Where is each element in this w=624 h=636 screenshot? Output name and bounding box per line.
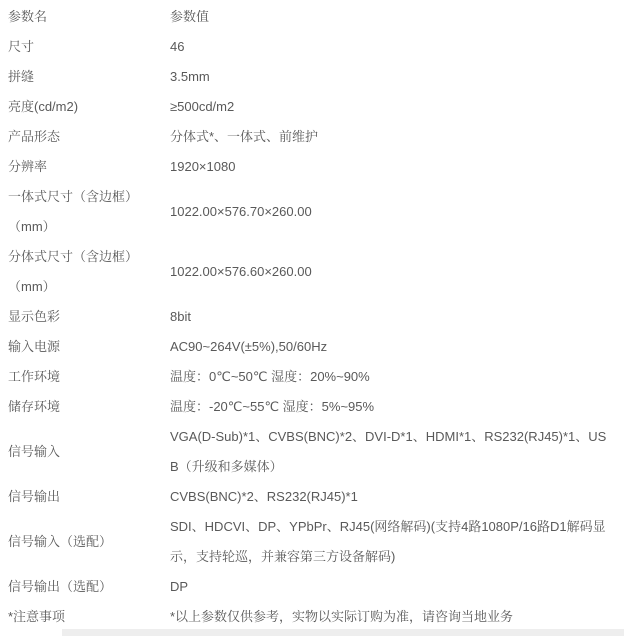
param-value: 8bit [170,302,624,332]
param-value: 46 [170,32,624,62]
param-name: 拼缝 [0,62,170,92]
table-body: 尺寸 46 拼缝 3.5mm 亮度(cd/m2) ≥500cd/m2 产品形态 … [0,32,624,632]
header-param-name: 参数名 [0,2,170,32]
param-value: 分体式*、一体式、前维护 [170,122,624,152]
table-row: *注意事项 *以上参数仅供参考，实物以实际订购为准，请咨询当地业务 [0,602,624,632]
partial-bottom-element [62,629,624,636]
param-value: AC90~264V(±5%),50/60Hz [170,332,624,362]
param-value: ≥500cd/m2 [170,92,624,122]
param-name: 一体式尺寸（含边框）（mm） [0,182,170,242]
param-value: DP [170,572,624,602]
table-row: 信号输出（选配） DP [0,572,624,602]
param-value: *以上参数仅供参考，实物以实际订购为准，请咨询当地业务 [170,602,624,632]
param-name: 信号输出 [0,482,170,512]
param-name: 信号输入（选配） [0,527,170,557]
param-name: 储存环境 [0,392,170,422]
table-row: 亮度(cd/m2) ≥500cd/m2 [0,92,624,122]
param-name: *注意事项 [0,602,170,632]
param-name: 分辨率 [0,152,170,182]
param-name: 输入电源 [0,332,170,362]
table-row: 信号输入 VGA(D-Sub)*1、CVBS(BNC)*2、DVI-D*1、HD… [0,422,624,482]
param-value: VGA(D-Sub)*1、CVBS(BNC)*2、DVI-D*1、HDMI*1、… [170,422,624,482]
param-value: 1920×1080 [170,152,624,182]
table-row: 产品形态 分体式*、一体式、前维护 [0,122,624,152]
param-name: 工作环境 [0,362,170,392]
spec-table: 参数名 参数值 尺寸 46 拼缝 3.5mm 亮度(cd/m2) ≥500cd/… [0,0,624,632]
param-value: 3.5mm [170,62,624,92]
spec-page: 参数名 参数值 尺寸 46 拼缝 3.5mm 亮度(cd/m2) ≥500cd/… [0,0,624,636]
table-row: 分体式尺寸（含边框）（mm） 1022.00×576.60×260.00 [0,242,624,302]
param-name: 分体式尺寸（含边框）（mm） [0,242,170,302]
param-name: 产品形态 [0,122,170,152]
param-name: 亮度(cd/m2) [0,92,170,122]
table-row: 输入电源 AC90~264V(±5%),50/60Hz [0,332,624,362]
param-value: 温度：0℃~50℃ 湿度：20%~90% [170,362,624,392]
table-header-row: 参数名 参数值 [0,2,624,32]
table-row: 储存环境 温度：-20℃~55℃ 湿度：5%~95% [0,392,624,422]
header-param-value: 参数值 [170,2,624,32]
table-row: 工作环境 温度：0℃~50℃ 湿度：20%~90% [0,362,624,392]
table-row: 一体式尺寸（含边框）（mm） 1022.00×576.70×260.00 [0,182,624,242]
param-name: 信号输出（选配） [0,572,170,602]
table-row: 信号输出 CVBS(BNC)*2、RS232(RJ45)*1 [0,482,624,512]
param-value: SDI、HDCVI、DP、YPbPr、RJ45(网络解码)(支持4路1080P/… [170,512,624,572]
param-name: 显示色彩 [0,302,170,332]
table-row: 尺寸 46 [0,32,624,62]
param-name: 尺寸 [0,32,170,62]
param-name: 信号输入 [0,437,170,467]
param-value: 1022.00×576.60×260.00 [170,257,624,287]
table-row: 分辨率 1920×1080 [0,152,624,182]
table-row: 拼缝 3.5mm [0,62,624,92]
param-value: CVBS(BNC)*2、RS232(RJ45)*1 [170,482,624,512]
param-value: 温度：-20℃~55℃ 湿度：5%~95% [170,392,624,422]
table-row: 信号输入（选配） SDI、HDCVI、DP、YPbPr、RJ45(网络解码)(支… [0,512,624,572]
param-value: 1022.00×576.70×260.00 [170,197,624,227]
table-row: 显示色彩 8bit [0,302,624,332]
